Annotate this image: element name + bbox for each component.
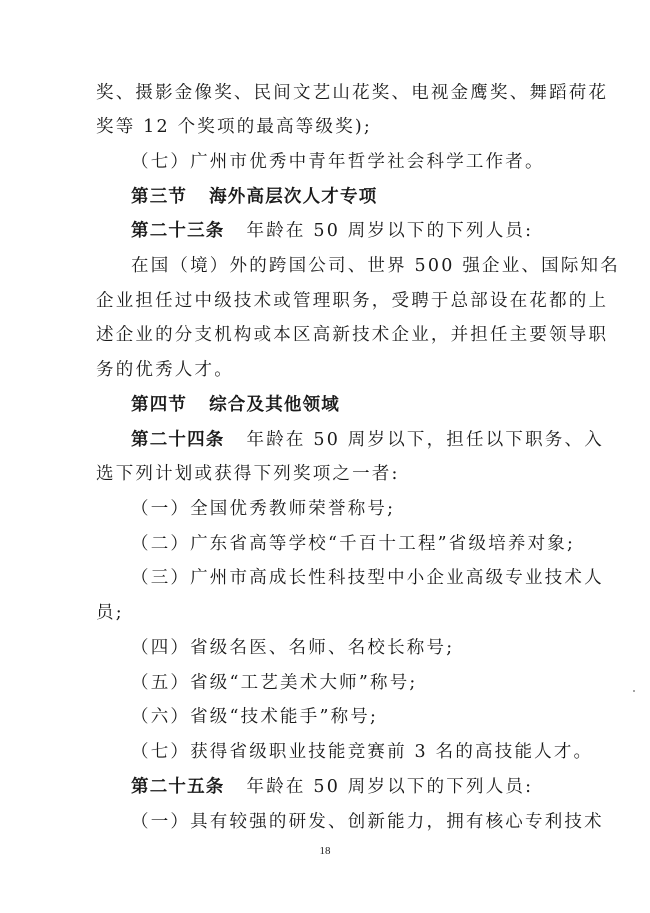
article-number: 第二十五条 — [131, 777, 225, 797]
body-line: 奖、摄影金像奖、民间文艺山花奖、电视金鹰奖、舞蹈荷花 — [96, 76, 536, 110]
article-text: 年龄在 50 周岁以下的下列人员: — [247, 777, 534, 797]
section-number: 第四节 — [131, 395, 187, 415]
list-item: （一）具有较强的研发、创新能力，拥有核心专利技术 — [131, 805, 571, 839]
list-item: （六）省级“技术能手”称号; — [131, 700, 571, 734]
body-line: 述企业的分支机构或本区高新技术企业，并担任主要领导职 — [96, 318, 536, 352]
article-number: 第二十三条 — [131, 221, 225, 241]
list-item: （五）省级“工艺美术大师”称号; — [131, 666, 571, 700]
section-number: 第三节 — [131, 187, 187, 207]
page-number: 18 — [0, 845, 650, 857]
document-page: 奖、摄影金像奖、民间文艺山花奖、电视金鹰奖、舞蹈荷花 奖等 12 个奖项的最高等… — [0, 0, 650, 913]
article-line: 第二十四条年龄在 50 周岁以下，担任以下职务、入 — [131, 423, 571, 457]
body-line: 务的优秀人才。 — [96, 353, 536, 387]
article-line: 第二十三条年龄在 50 周岁以下的下列人员: — [131, 214, 571, 248]
list-item: （七）广州市优秀中青年哲学社会科学工作者。 — [131, 145, 571, 179]
article-number: 第二十四条 — [131, 430, 225, 450]
list-item: （一）全国优秀教师荣誉称号; — [131, 492, 571, 526]
list-item: （四）省级名医、名师、名校长称号; — [131, 631, 571, 665]
body-line: 在国（境）外的跨国公司、世界 500 强企业、国际知名 — [131, 249, 571, 283]
list-item: （二）广东省高等学校“千百十工程”省级培养对象; — [131, 527, 571, 561]
body-line: 企业担任过中级技术或管理职务，受聘于总部设在花都的上 — [96, 284, 536, 318]
article-text: 年龄在 50 周岁以下的下列人员: — [247, 221, 534, 241]
body-line: 选下列计划或获得下列奖项之一者: — [96, 457, 536, 491]
article-line: 第二十五条年龄在 50 周岁以下的下列人员: — [131, 770, 571, 804]
section-heading: 第三节海外高层次人才专项 — [131, 180, 571, 214]
list-item: （七）获得省级职业技能竞赛前 3 名的高技能人才。 — [131, 735, 571, 769]
section-title: 综合及其他领域 — [209, 395, 340, 415]
scan-speck — [633, 690, 635, 692]
section-title: 海外高层次人才专项 — [209, 187, 377, 207]
section-heading: 第四节综合及其他领域 — [131, 388, 571, 422]
list-item: （三）广州市高成长性科技型中小企业高级专业技术人 — [131, 561, 571, 595]
body-line: 员; — [96, 596, 536, 630]
article-text: 年龄在 50 周岁以下，担任以下职务、入 — [247, 430, 604, 450]
body-line: 奖等 12 个奖项的最高等级奖); — [96, 110, 536, 144]
